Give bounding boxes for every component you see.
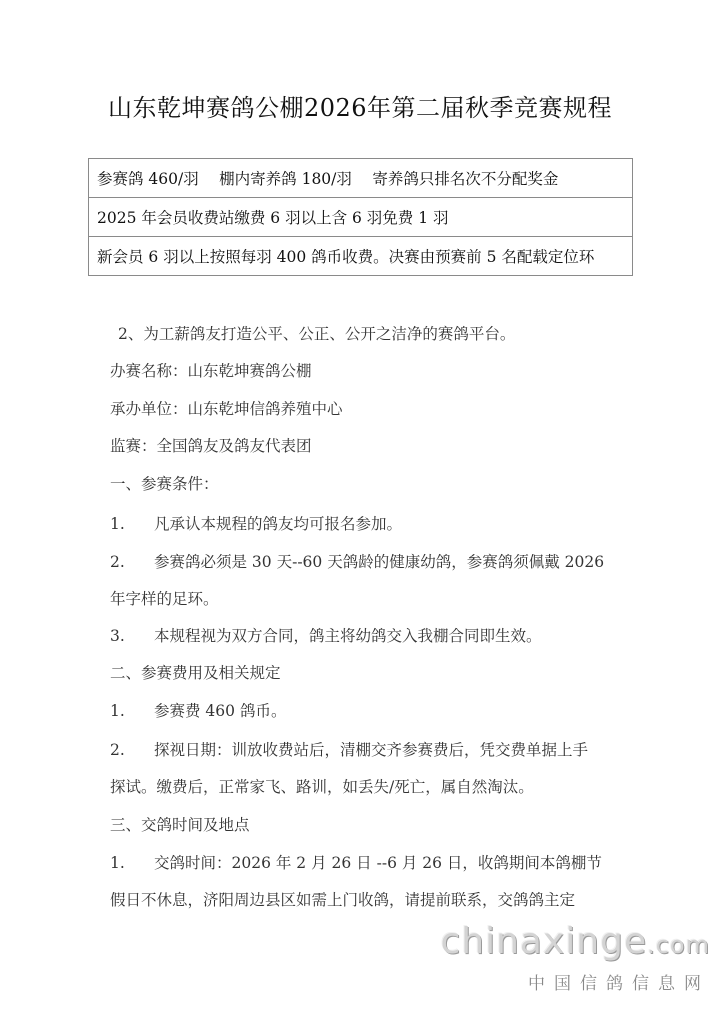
list-item: 1.凡承认本规程的鸽友均可报名参加。 [110, 512, 402, 534]
list-item: 1.交鸽时间：2026 年 2 月 26 日 --6 月 26 日，收鸽期间本鸽… [110, 851, 602, 873]
info-row: 参赛鸽 460/羽 棚内寄养鸽 180/羽 寄养鸽只排名次不分配奖金 [89, 159, 633, 198]
watermark-name: 中国信鸽信息网 [440, 969, 710, 994]
info-cell: 参赛鸽 460/羽 棚内寄养鸽 180/羽 寄养鸽只排名次不分配奖金 [89, 159, 633, 198]
info-row: 新会员 6 羽以上按照每羽 400 鸽币收费。决赛由预赛前 5 名配载定位环 [89, 237, 633, 276]
paragraph-line: 办赛名称：山东乾坤赛鸽公棚 [110, 359, 312, 381]
watermark: chinaxinge.com 中国信鸽信息网 [440, 922, 710, 994]
paragraph-line: 探试。缴费后，正常家飞、路训，如丢失/死亡，属自然淘汰。 [110, 775, 534, 797]
paragraph-line: 监赛：全国鸽友及鸽友代表团 [110, 434, 312, 456]
paragraph-line: 2、为工薪鸽友打造公平、公正、公开之洁净的赛鸽平台。 [118, 322, 515, 344]
info-row: 2025 年会员收费站缴费 6 羽以上含 6 羽免费 1 羽 [89, 198, 633, 237]
info-cell: 2025 年会员收费站缴费 6 羽以上含 6 羽免费 1 羽 [89, 198, 633, 237]
watermark-site: chinaxinge.com [440, 922, 710, 965]
section-heading: 一、参赛条件： [110, 472, 219, 494]
paragraph-line: 年字样的足环。 [110, 587, 219, 609]
list-item: 3.本规程视为双方合同，鸽主将幼鸽交入我棚合同即生效。 [110, 624, 542, 646]
section-heading: 二、参赛费用及相关规定 [110, 661, 281, 683]
info-table: 参赛鸽 460/羽 棚内寄养鸽 180/羽 寄养鸽只排名次不分配奖金 2025 … [88, 158, 633, 276]
paragraph-line: 承办单位：山东乾坤信鸽养殖中心 [110, 397, 343, 419]
list-item: 2.探视日期：训放收费站后，清棚交齐参赛费后，凭交费单据上手 [110, 738, 588, 760]
section-heading: 三、交鸽时间及地点 [110, 813, 250, 835]
paragraph-line: 假日不休息，济阳周边县区如需上门收鸽，请提前联系，交鸽鸽主定 [110, 888, 575, 910]
list-item: 2.参赛鸽必须是 30 天--60 天鸽龄的健康幼鸽，参赛鸽须佩戴 2026 [110, 550, 604, 572]
info-cell: 新会员 6 羽以上按照每羽 400 鸽币收费。决赛由预赛前 5 名配载定位环 [89, 237, 633, 276]
list-item: 1.参赛费 460 鸽币。 [110, 699, 286, 721]
document-title: 山东乾坤赛鸽公棚2026年第二届秋季竞赛规程 [0, 88, 720, 123]
